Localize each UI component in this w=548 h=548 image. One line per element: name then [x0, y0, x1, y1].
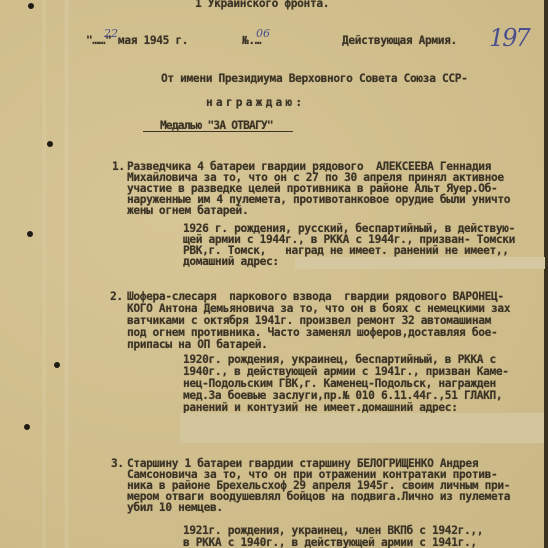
entry-bio-line: 1921г. рождения, украинец, член ВКПб с 1… — [183, 525, 483, 537]
entry-number: 1. — [112, 161, 125, 173]
preamble-line: От имени Президиума Верховного Совета Со… — [161, 73, 468, 85]
redacted-address — [180, 413, 544, 443]
entry-bio-line: в РККА с 1940г., в действующей армии с 1… — [183, 537, 477, 548]
punch-hole — [24, 424, 30, 430]
date-day-handwritten: 22 — [104, 27, 118, 40]
punch-hole — [54, 362, 60, 368]
entry-citation-line: КОГО Антона Демьяновича за то, что он в … — [127, 303, 510, 315]
page-number-handwritten: 197 — [489, 24, 529, 52]
punch-hole — [28, 3, 34, 9]
page-edge — [544, 0, 548, 548]
entry-bio-line: 1940г., в действующей армии с 1941г., пр… — [183, 366, 509, 378]
entry-citation-line: ватчиками с октября 1941г. произвел ремо… — [127, 315, 491, 327]
entry-bio-line: нец-Подольским ГВК,г. Каменец-Подольск, … — [183, 378, 496, 390]
preamble-awarding: награждаю: — [206, 97, 305, 109]
entry-citation-line: убил 10 немцев. — [127, 502, 223, 514]
punch-hole — [27, 231, 33, 237]
entry-bio-line: 1920г. рождения, украинец, беспартийный,… — [183, 354, 496, 366]
location: Действующая Армия. — [342, 35, 457, 47]
entry-citation-line: под огнем противника. Часто заменял шофе… — [127, 327, 497, 339]
redacted-address — [295, 257, 545, 269]
entry-number: 2. — [110, 291, 123, 303]
punch-hole — [47, 141, 53, 147]
front-heading: 1 Украинского фронта. — [195, 0, 329, 10]
entry-number: 3. — [111, 458, 124, 470]
award-underline — [143, 131, 293, 132]
entry-bio-line: домашний адрес: — [183, 256, 279, 268]
entry-citation-line: Шофера-слесаря паркового взвода гвардии … — [127, 291, 504, 303]
date-line: "……" мая 1945 г. — [86, 35, 188, 47]
entry-citation-line: жены огнем батарей. — [127, 205, 248, 217]
entry-bio-line: ранений и контузий не имеет.домашний адр… — [183, 402, 458, 414]
order-number-handwritten: 06 — [256, 27, 270, 40]
award-name: Медалью "ЗА ОТВАГУ" — [160, 120, 273, 132]
entry-citation-line: припасы на ОП батарей. — [127, 339, 267, 351]
entry-bio-line: мед.За боевые заслуги,пр.№ 010 6.11.44г.… — [183, 390, 502, 402]
